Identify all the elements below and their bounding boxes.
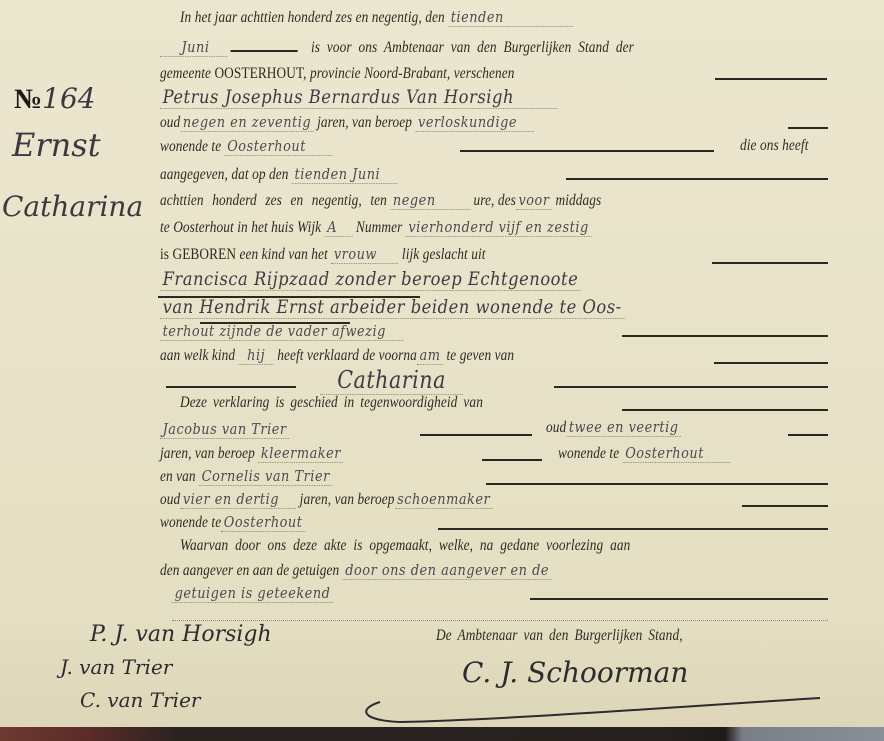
witness-2-signature: C. van Trier — [80, 688, 200, 712]
printed-text: ure, des — [473, 192, 515, 209]
line-10: is GEBOREN een kind van het vrouw lijk g… — [160, 245, 486, 264]
handwritten-witness-1-name: Jacobus van Trier — [160, 420, 289, 439]
fill-rule — [714, 362, 828, 364]
fill-rule — [742, 505, 828, 507]
line-20: oudvier en dertig jaren, van beroepschoe… — [160, 490, 493, 509]
handwritten-witness-2-occupation: schoenmaker — [395, 490, 493, 509]
handwritten-witness-2-name: Cornelis van Trier — [199, 467, 332, 486]
printed-text: oud — [546, 419, 566, 436]
line-17-end: oudtwee en veertig — [546, 418, 681, 437]
line-7: aangegeven, dat op den tienden Juni — [160, 165, 397, 184]
line-22: Waarvan door ons deze akte is opgemaakt,… — [180, 537, 630, 555]
handwritten-witness-1-occupation: kleermaker — [258, 444, 343, 463]
fill-rule — [530, 598, 828, 600]
fill-rule — [712, 262, 828, 264]
line-1: In het jaar achttien honderd zes en nege… — [180, 8, 573, 27]
line-14: aan welk kind hij heeft verklaard de voo… — [160, 346, 514, 365]
line-21: wonende teOosterhout — [160, 513, 305, 532]
handwritten-declarant-name: Petrus Josephus Bernardus Van Horsigh — [160, 86, 557, 109]
handwritten-signing-note: door ons den aangever en de — [343, 561, 552, 580]
line-16: Deze verklaring is geschied in tegenwoor… — [180, 394, 483, 412]
fill-rule — [622, 335, 828, 337]
printed-text: oud — [160, 491, 180, 508]
handwritten-signing-note-cont: getuigen is geteekend — [172, 584, 333, 603]
line-15: Catharina — [320, 366, 463, 394]
fill-rule — [715, 78, 827, 80]
number-value: 164 — [42, 82, 95, 115]
fill-rule — [482, 459, 542, 461]
printed-text: heeft verklaard de voorna — [277, 347, 417, 364]
handwritten-house-number: vierhonderd vijf en zestig — [406, 218, 592, 237]
line-4: Petrus Josephus Bernardus Van Horsigh — [160, 86, 557, 108]
printed-text: jaren, van beroep — [317, 114, 412, 131]
fill-rule — [788, 127, 828, 129]
fill-rule — [622, 409, 828, 411]
printed-text: aan welk kind — [160, 347, 235, 364]
handwritten-witness-1-residence: Oosterhout — [623, 444, 730, 463]
handwritten-pronoun: hij — [239, 346, 274, 365]
handwritten-residence: Oosterhout — [225, 137, 332, 156]
handwritten-day: tienden — [448, 8, 572, 27]
printed-text: die ons heeft — [740, 137, 808, 154]
official-signature: C. J. Schoorman — [462, 656, 688, 689]
line-5: oudnegen en zeventig jaren, van beroep v… — [160, 113, 534, 132]
printed-text: wonende te — [160, 514, 221, 531]
municipality-name: OOSTERHOUT, — [214, 65, 306, 82]
line-18-end: wonende te Oosterhout — [558, 444, 730, 463]
printed-text: is voor ons Ambtenaar van den Burgerlijk… — [311, 39, 634, 56]
certificate-page: №164 Ernst Catharina In het jaar achttie… — [0, 0, 884, 729]
printed-text: Nummer — [356, 219, 402, 236]
handwritten-ward: A — [325, 218, 353, 237]
printed-text: gemeente — [160, 65, 211, 82]
line-3: gemeente OOSTERHOUT, provincie Noord-Bra… — [160, 65, 515, 83]
printed-text: De Ambtenaar van den Burgerlijken Stand, — [436, 627, 683, 644]
line-24: getuigen is geteekend — [172, 584, 333, 603]
line-19: en van Cornelis van Trier — [160, 467, 332, 486]
line-23: den aangever en aan de getuigen door ons… — [160, 561, 552, 580]
handwritten-mother: Francisca Rijpzaad zonder beroep Echtgen… — [160, 268, 581, 291]
printed-text: provincie Noord-Brabant, verschenen — [310, 65, 515, 82]
fill-rule — [486, 483, 828, 485]
line-13: terhout zijnde de vader afwezig — [160, 322, 403, 341]
printed-text: en van — [160, 468, 196, 485]
handwritten-occupation: verloskundige — [415, 113, 534, 132]
printed-text: den aangever en aan de getuigen — [160, 562, 339, 579]
line-18: jaren, van beroep kleermaker — [160, 444, 344, 463]
line-8: achttien honderd zes en negentig, ten ne… — [160, 191, 601, 210]
line-6-end: die ons heeft — [740, 137, 808, 155]
line-11: Francisca Rijpzaad zonder beroep Echtgen… — [160, 268, 581, 290]
fill-rule — [420, 434, 532, 436]
printed-text: een kind van het — [239, 246, 327, 263]
printed-text: Deze verklaring is geschied in tegenwoor… — [180, 394, 483, 411]
handwritten-witness-2-residence: Oosterhout — [221, 513, 305, 532]
printed-text: te Oosterhout in het huis Wijk — [160, 219, 321, 236]
printed-text: wonende te — [558, 445, 619, 462]
fill-rule — [566, 178, 828, 180]
fill-rule — [460, 150, 714, 152]
fill-rule — [230, 50, 297, 52]
born-label: is GEBOREN — [160, 246, 236, 263]
margin-given-name: Catharina — [2, 190, 143, 223]
printed-text: achttien honderd zes en negentig, ten — [160, 192, 387, 209]
page-edge — [0, 727, 884, 741]
handwritten-date: tienden Juni — [292, 165, 397, 184]
signature-flourish — [360, 690, 830, 730]
printed-text: Waarvan door ons deze akte is opgemaakt,… — [180, 537, 630, 554]
line-6: wonende te Oosterhout — [160, 137, 332, 156]
fill-rule — [166, 386, 296, 388]
printed-text: middags — [556, 192, 602, 209]
handwritten-child-name: Catharina — [320, 366, 463, 395]
printed-text: aangegeven, dat op den — [160, 166, 288, 183]
printed-text: te geven van — [446, 347, 514, 364]
fill-rule — [554, 386, 828, 388]
handwritten-sex: vrouw — [331, 245, 398, 264]
line-2: Juni is voor ons Ambtenaar van den Burge… — [160, 38, 634, 57]
fill-rule — [788, 434, 828, 436]
printed-text: In het jaar achttien honderd zes en nege… — [180, 9, 445, 26]
certificate-number: №164 — [14, 82, 96, 116]
number-label: № — [14, 84, 42, 115]
handwritten-witness-2-age: vier en dertig — [180, 490, 296, 509]
handwritten-month: Juni — [160, 38, 227, 57]
witness-1-signature: J. van Trier — [60, 655, 172, 679]
line-17: Jacobus van Trier — [160, 420, 289, 439]
separator-dotted-line — [172, 620, 828, 621]
handwritten-suffix: am — [417, 346, 443, 365]
line-12: van Hendrik Ernst arbeider beiden wonend… — [160, 296, 624, 318]
line-9: te Oosterhout in het huis Wijk A Nummer … — [160, 218, 591, 237]
printed-text: oud — [160, 114, 180, 131]
printed-text: jaren, van beroep — [300, 491, 395, 508]
handwritten-age: negen en zeventig — [180, 113, 313, 132]
printed-text: wonende te — [160, 138, 221, 155]
handwritten-witness-1-age: twee en veertig — [566, 418, 681, 437]
handwritten-note: terhout zijnde de vader afwezig — [160, 322, 403, 341]
printed-text: jaren, van beroep — [160, 445, 255, 462]
printed-text: lijk geslacht uit — [402, 246, 486, 263]
handwritten-time-of-day: voor — [516, 191, 552, 210]
official-title: De Ambtenaar van den Burgerlijken Stand, — [436, 627, 683, 645]
fill-rule — [438, 528, 828, 530]
handwritten-father: van Hendrik Ernst arbeider beiden wonend… — [160, 296, 624, 319]
margin-surname: Ernst — [12, 126, 101, 164]
handwritten-hour: negen — [390, 191, 470, 210]
declarant-signature: P. J. van Horsigh — [90, 622, 272, 647]
